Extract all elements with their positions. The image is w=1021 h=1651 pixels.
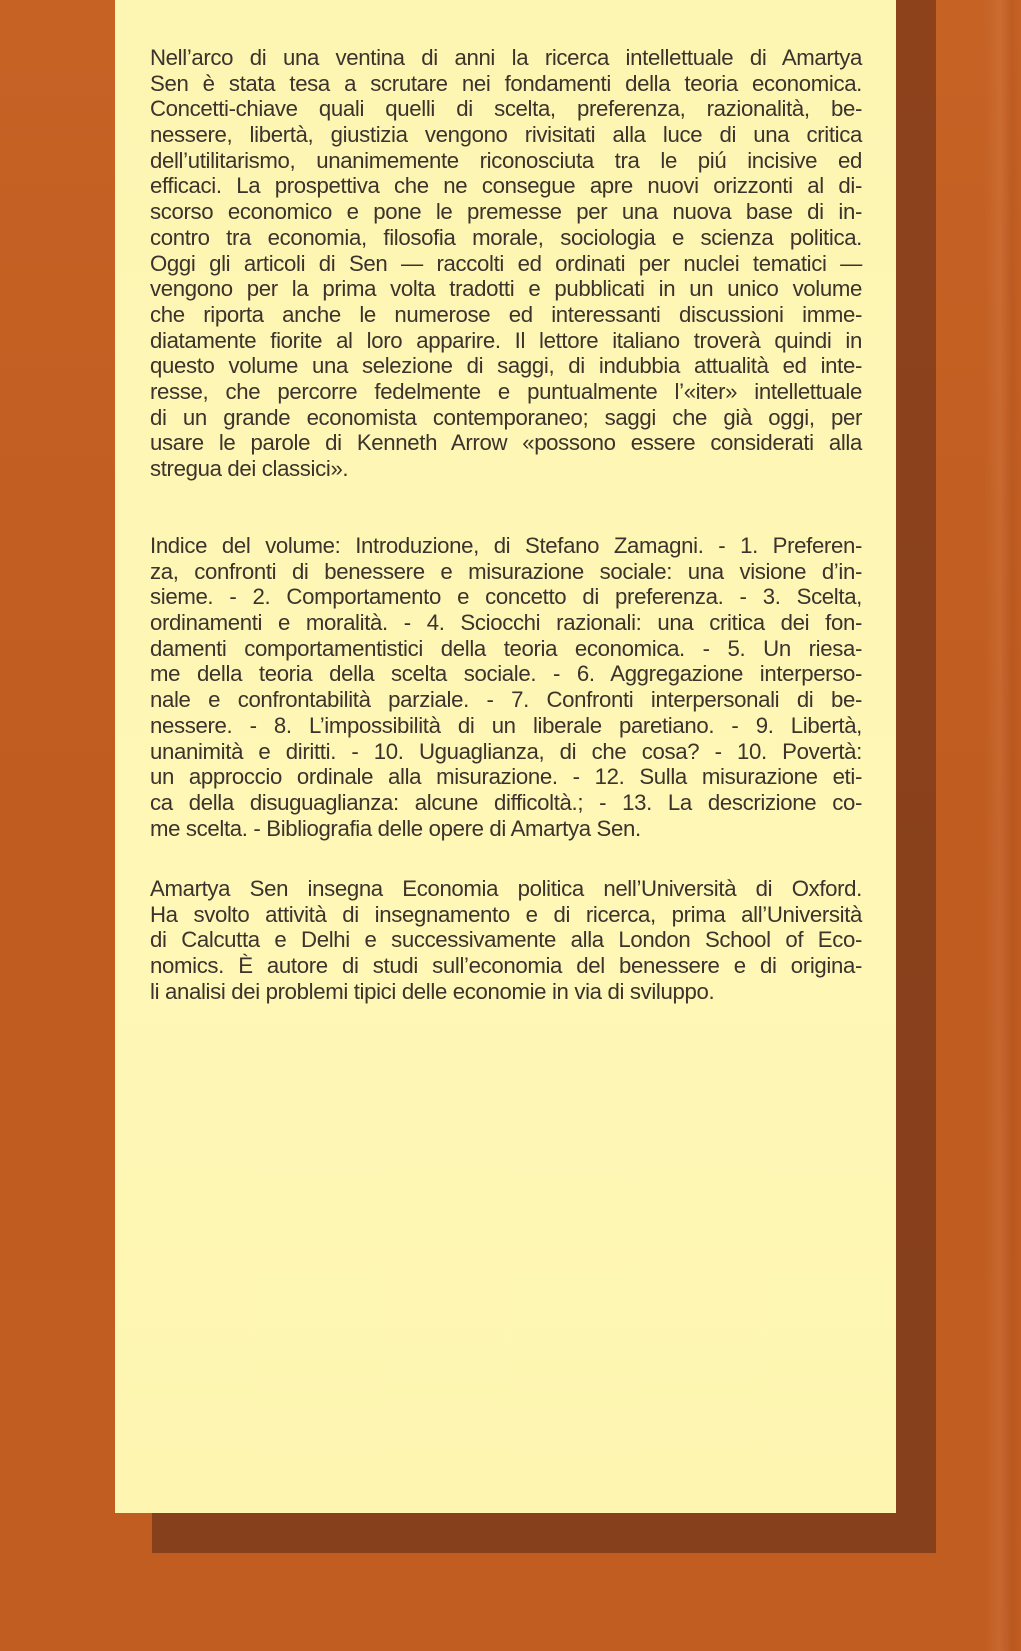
author-bio-paragraph: Amartya Sen insegna Economia politica ne… bbox=[150, 876, 862, 1004]
text-line: efficaci. La prospettiva che ne consegue… bbox=[150, 173, 862, 199]
text-line: stregua dei classici». bbox=[150, 456, 862, 482]
text-line: ordinamenti e moralità. - 4. Sciocchi ra… bbox=[150, 610, 862, 636]
text-line: Ha svolto attività di insegnamento e di … bbox=[150, 902, 862, 928]
text-line: sieme. - 2. Comportamento e concetto di … bbox=[150, 584, 862, 610]
text-line: di Calcutta e Delhi e successivamente al… bbox=[150, 927, 862, 953]
text-line: dell’utilitarismo, unanimemente riconosc… bbox=[150, 148, 862, 174]
text-line: Nell’arco di una ventina di anni la rice… bbox=[150, 45, 862, 71]
text-line: Sen è stata tesa a scrutare nei fondamen… bbox=[150, 71, 862, 97]
text-line: usare le parole di Kenneth Arrow «posson… bbox=[150, 430, 862, 456]
text-line: nomics. È autore di studi sull’economia … bbox=[150, 953, 862, 979]
table-of-contents-paragraph: Indice del volume: Introduzione, di Stef… bbox=[150, 533, 862, 841]
text-line: Indice del volume: Introduzione, di Stef… bbox=[150, 533, 862, 559]
text-line: unanimità e diritti. - 10. Uguaglianza, … bbox=[150, 739, 862, 765]
text-line: un approccio ordinale alla misurazione. … bbox=[150, 764, 862, 790]
text-line: ca della disuguaglianza: alcune difficol… bbox=[150, 790, 862, 816]
text-line: Amartya Sen insegna Economia politica ne… bbox=[150, 876, 862, 902]
text-line: resse, che percorre fedelmente e puntual… bbox=[150, 379, 862, 405]
text-line: di un grande economista contemporaneo; s… bbox=[150, 405, 862, 431]
text-line: Oggi gli articoli di Sen — raccolti ed o… bbox=[150, 251, 862, 277]
text-line: li analisi dei problemi tipici delle eco… bbox=[150, 979, 862, 1005]
text-line: scorso economico e pone le premesse per … bbox=[150, 199, 862, 225]
text-line: vengono per la prima volta tradotti e pu… bbox=[150, 276, 862, 302]
text-line: Concetti-chiave quali quelli di scelta, … bbox=[150, 96, 862, 122]
text-line: damenti comportamentistici della teoria … bbox=[150, 636, 862, 662]
intro-paragraph: Nell’arco di una ventina di anni la rice… bbox=[150, 45, 862, 482]
text-line: contro tra economia, filosofia morale, s… bbox=[150, 225, 862, 251]
text-line: za, confronti di benessere e misurazione… bbox=[150, 559, 862, 585]
text-line: nessere. - 8. L’impossibilità di un libe… bbox=[150, 713, 862, 739]
text-line: me della teoria della scelta sociale. - … bbox=[150, 661, 862, 687]
text-line: questo volume una selezione di saggi, di… bbox=[150, 353, 862, 379]
text-line: nale e confrontabilità parziale. - 7. Co… bbox=[150, 687, 862, 713]
text-line: nessere, libertà, giustizia vengono rivi… bbox=[150, 122, 862, 148]
text-line: che riporta anche le numerose ed interes… bbox=[150, 302, 862, 328]
text-line: diatamente fiorite al loro apparire. Il … bbox=[150, 328, 862, 354]
text-line: me scelta. - Bibliografia delle opere di… bbox=[150, 816, 862, 842]
